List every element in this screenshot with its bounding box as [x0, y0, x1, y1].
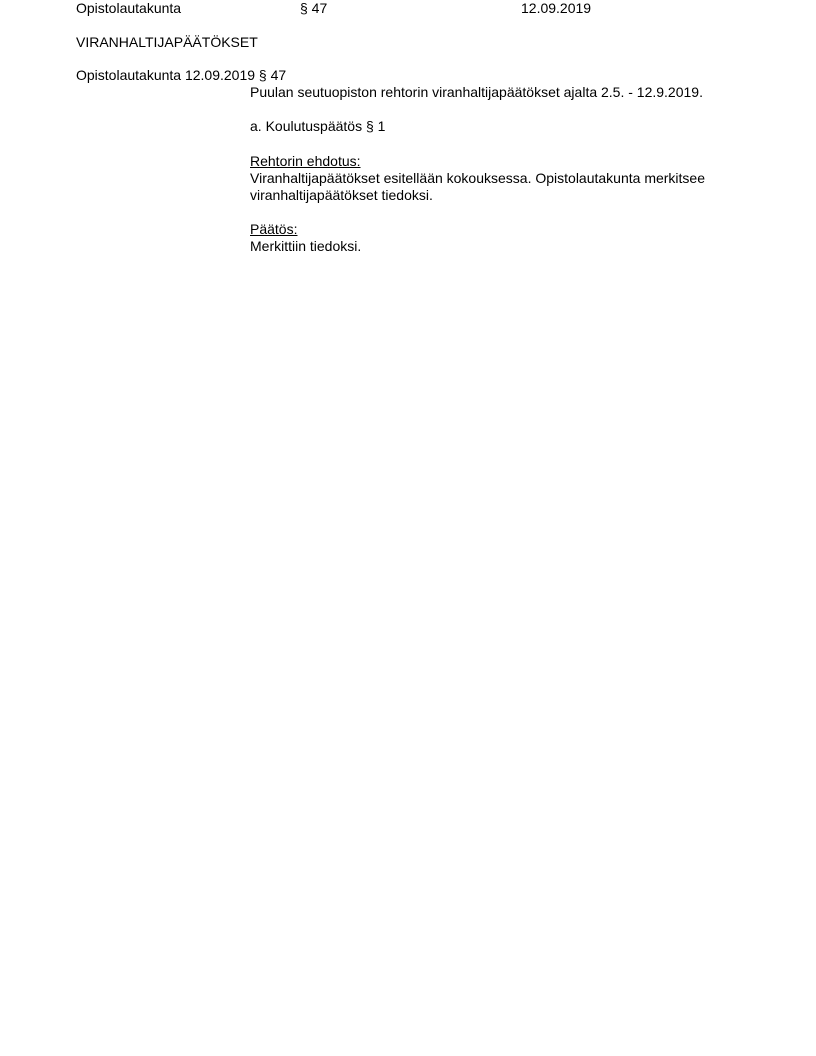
decision-text: Merkittiin tiedoksi.: [250, 238, 361, 255]
proposal-heading: Rehtorin ehdotus:: [250, 153, 361, 170]
decision-heading: Päätös:: [250, 221, 297, 238]
header-section: § 47: [300, 0, 327, 17]
meeting-reference: Opistolautakunta 12.09.2019 § 47: [76, 67, 286, 84]
item-a: a. Koulutuspäätös § 1: [250, 118, 385, 135]
intro-text: Puulan seutuopiston rehtorin viranhaltij…: [250, 84, 703, 101]
proposal-line-1: Viranhaltijapäätökset esitellään kokouks…: [250, 170, 705, 187]
proposal-line-2: viranhaltijapäätökset tiedoksi.: [250, 187, 433, 204]
header-date: 12.09.2019: [521, 0, 591, 17]
document-title: VIRANHALTIJAPÄÄTÖKSET: [76, 34, 258, 51]
header-board: Opistolautakunta: [76, 0, 181, 17]
